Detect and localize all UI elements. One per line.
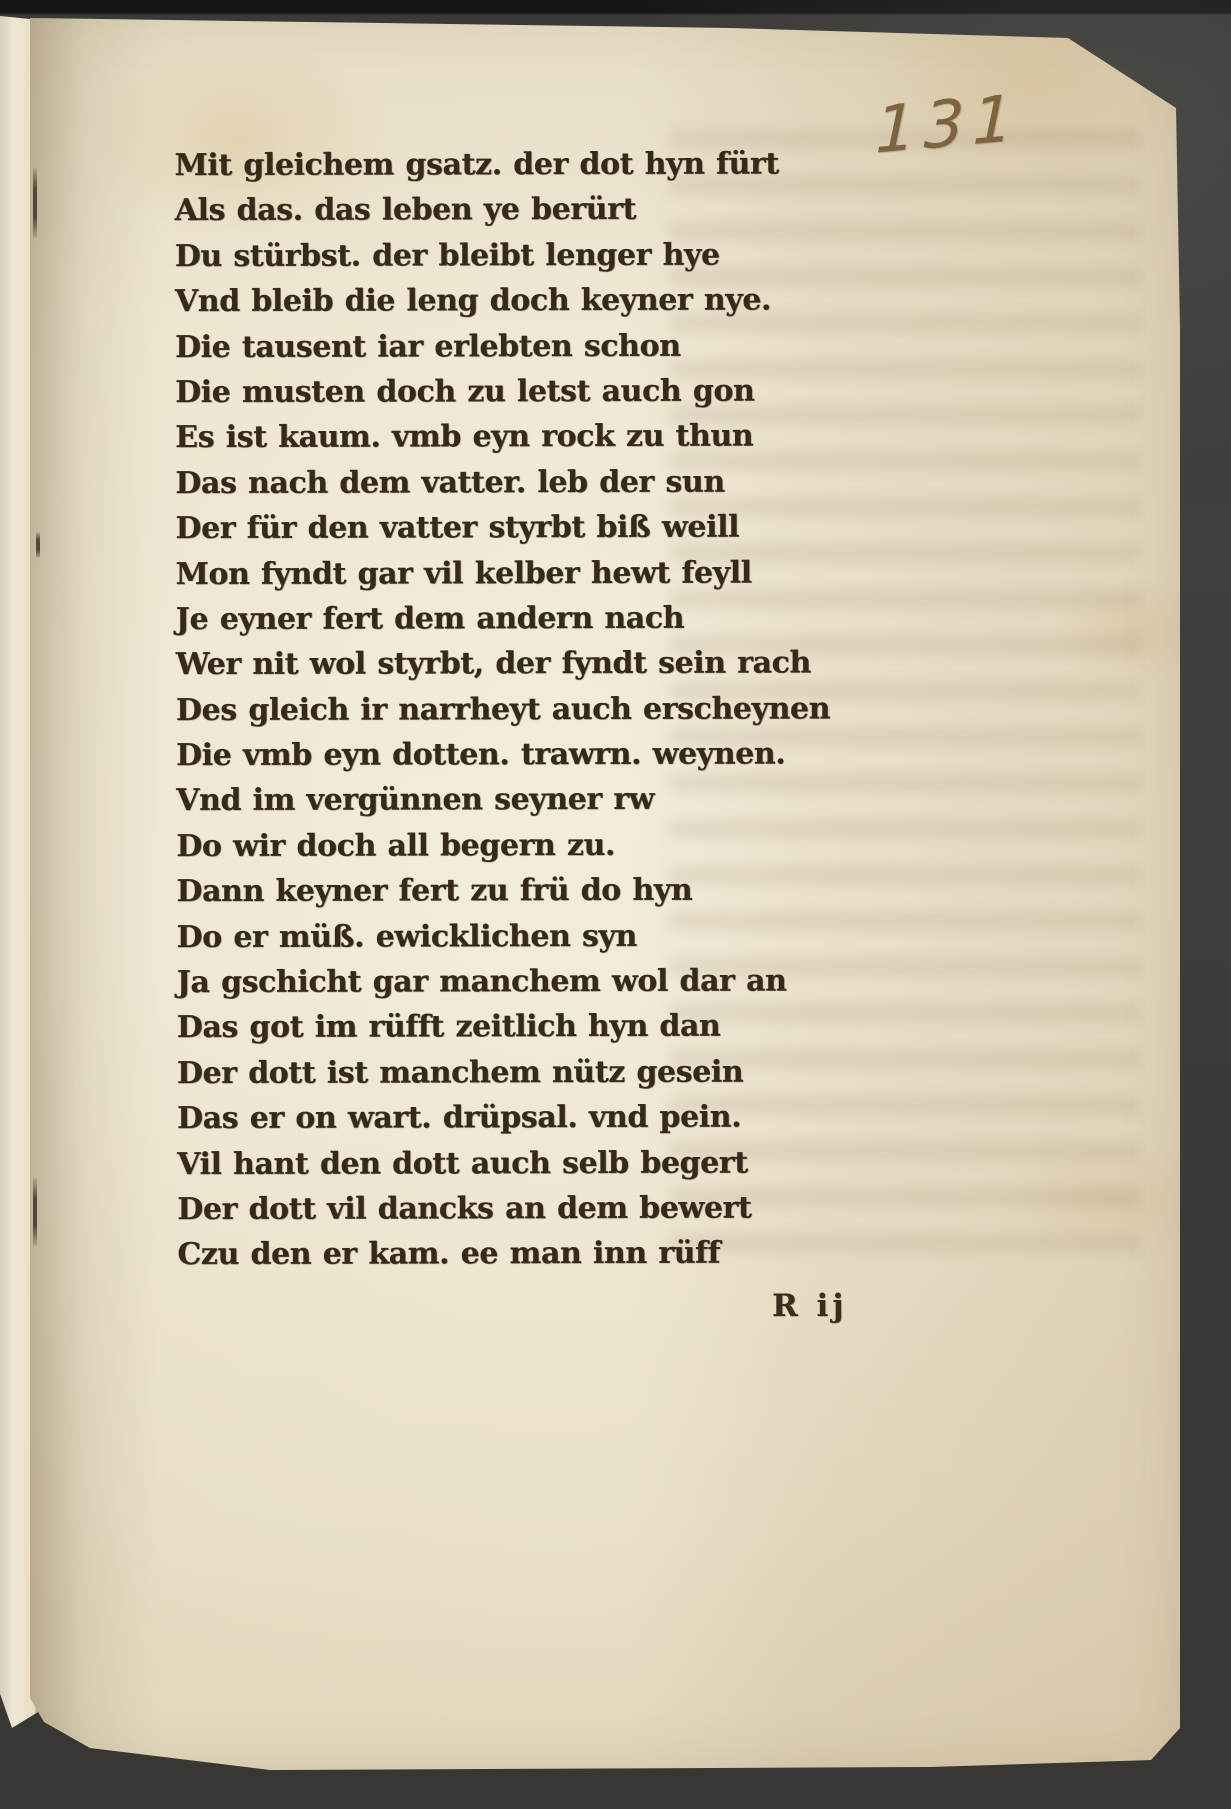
poem-line: Der dott vil dancks an dem bewert [177,1185,937,1232]
poem-line: Czu den er kam. ee man inn rüff [177,1230,937,1277]
poem-line: Vil hant den dott auch selb begert [177,1140,937,1187]
poem-line: Die vmb eyn dotten. trawrn. weynen. [176,731,936,778]
poem-line: Das er on wart. drüpsal. vnd pein. [177,1094,937,1141]
scanned-book-photo: { "document": { "page_number_handwritten… [0,0,1231,1809]
binding-stitch [33,168,37,238]
poem-line: Vnd im vergünnen seyner rw [176,776,936,823]
quire-signature-mark: R ij [772,1288,848,1324]
poem-line: Das nach dem vatter. leb der sun [175,459,935,506]
poem-line: Dann keyner fert zu frü do hyn [176,867,936,914]
poem-line: Wer nit wol styrbt, der fyndt sein rach [176,640,936,687]
poem-line: Mit gleichem gsatz. der dot hyn fürt [175,141,935,188]
poem-line: Die tausent iar erlebten schon [175,323,935,370]
binding-stitch [36,532,40,558]
poem-line: Vnd bleib die leng doch keyner nye. [175,277,935,324]
poem-line: Je eyner fert dem andern nach [176,595,936,642]
binding-stitch [33,1178,37,1246]
poem-text-block: Mit gleichem gsatz. der dot hyn fürt Als… [175,141,938,1278]
poem-line: Mon fyndt gar vil kelber hewt feyll [176,550,936,597]
poem-line: Als das. das leben ye berürt [175,186,935,233]
poem-line: Die musten doch zu letst auch gon [175,368,935,415]
poem-line: Es ist kaum. vmb eyn rock zu thun [175,413,935,460]
poem-line: Der dott ist manchem nütz gesein [177,1049,937,1096]
poem-line: Des gleich ir narrheyt auch erscheynen [176,686,936,733]
poem-line: Do wir doch all begern zu. [176,822,936,869]
poem-line: Do er müß. ewicklichen syn [177,913,937,960]
poem-line: Du stürbst. der bleibt lenger hye [175,232,935,279]
book-page: 131 Mit gleichem gsatz. der dot hyn fürt… [30,10,1180,1772]
poem-line: Der für den vatter styrbt biß weill [175,504,935,551]
poem-line: Das got im rüfft zeitlich hyn dan [177,1003,937,1050]
poem-line: Ja gschicht gar manchem wol dar an [177,958,937,1005]
